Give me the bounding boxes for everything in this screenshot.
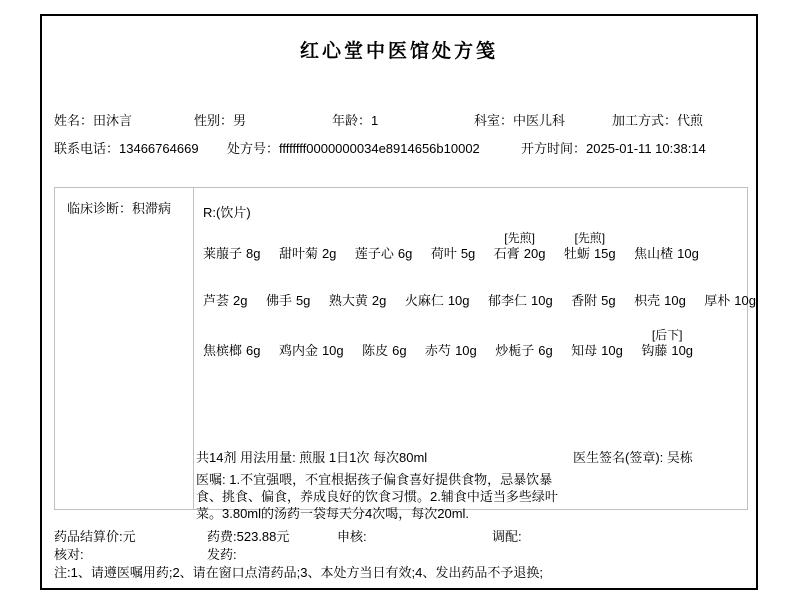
herb-note bbox=[704, 277, 756, 293]
dispense-field: 发药: bbox=[207, 544, 237, 563]
herb-item: 厚朴10g bbox=[704, 277, 756, 309]
medical-advice-line: 食、挑食、偏食，养成良好的饮食习惯。2.辅食中适当多些绿叶 bbox=[196, 488, 582, 505]
herb-name: 焦山楂 bbox=[634, 246, 673, 261]
settlement-price-value: 元 bbox=[123, 529, 136, 544]
herb-name: 甜叶菊 bbox=[279, 246, 318, 261]
herb-name: 枳壳 bbox=[634, 293, 660, 308]
herb-item: [后下]钩藤10g bbox=[641, 327, 693, 359]
patient-gender-value: 男 bbox=[233, 113, 246, 128]
herb-item: 芦荟2g bbox=[203, 277, 247, 309]
footer-note: 注:1、请遵医嘱用药;2、请在窗口点清药品;3、本处方当日有效;4、发出药品不予… bbox=[54, 562, 543, 581]
herb-note bbox=[203, 230, 260, 246]
herb-qty: 10g bbox=[734, 293, 756, 308]
herb-name: 芦荟 bbox=[203, 293, 229, 308]
herb-note bbox=[266, 277, 310, 293]
herb-note bbox=[279, 327, 344, 343]
herb-item: 陈皮6g bbox=[362, 327, 406, 359]
page-title: 红心堂中医馆处方笺 bbox=[42, 36, 756, 63]
herb-name: 莲子心 bbox=[355, 246, 394, 261]
herb-qty: 6g bbox=[538, 343, 552, 358]
herb-qty: 6g bbox=[246, 343, 260, 358]
herb-item: [先煎]石膏20g bbox=[494, 230, 546, 262]
processing-method-value: 代煎 bbox=[677, 113, 703, 128]
herb-item: 鸡内金10g bbox=[279, 327, 344, 359]
issue-time: 开方时间：2025-01-11 10:38:14 bbox=[521, 138, 706, 157]
herb-item: [先煎]牡蛎15g bbox=[564, 230, 616, 262]
check-field: 核对: bbox=[54, 544, 84, 563]
herb-note bbox=[362, 327, 406, 343]
herb-item: 甜叶菊2g bbox=[279, 230, 336, 262]
herb-note bbox=[571, 327, 623, 343]
patient-name-label: 姓名： bbox=[54, 113, 93, 128]
herb-note bbox=[203, 327, 260, 343]
herb-item: 知母10g bbox=[571, 327, 623, 359]
patient-name: 姓名：田沐言 bbox=[54, 110, 132, 129]
herb-name: 佛手 bbox=[266, 293, 292, 308]
herb-name: 荷叶 bbox=[431, 246, 457, 261]
patient-gender-label: 性别： bbox=[194, 113, 233, 128]
herb-item: 莱菔子8g bbox=[203, 230, 260, 262]
herb-name: 火麻仁 bbox=[405, 293, 444, 308]
rx-number-label: 处方号： bbox=[227, 141, 279, 156]
herb-qty: 2g bbox=[372, 293, 386, 308]
issue-time-value: 2025-01-11 10:38:14 bbox=[586, 141, 706, 156]
herb-item: 莲子心6g bbox=[355, 230, 412, 262]
herb-qty: 2g bbox=[322, 246, 336, 261]
herb-decoct-later-note: [后下] bbox=[641, 327, 693, 343]
herb-qty: 2g bbox=[233, 293, 247, 308]
herb-note bbox=[431, 230, 475, 246]
doctor-signature-value: 吴栋 bbox=[667, 450, 693, 465]
patient-phone: 联系电话：13466764669 bbox=[54, 138, 199, 157]
patient-department-label: 科室： bbox=[474, 113, 513, 128]
patient-phone-value: 13466764669 bbox=[119, 141, 199, 156]
herb-name: 炒栀子 bbox=[495, 343, 534, 358]
herb-qty: 5g bbox=[296, 293, 310, 308]
herb-item: 枳壳10g bbox=[634, 277, 686, 309]
herb-name: 钩藤 bbox=[641, 343, 667, 358]
herb-row-3: 焦槟榔6g 鸡内金10g 陈皮6g 赤芍10g 炒栀子6g 知母10g [后下]… bbox=[203, 327, 707, 359]
patient-gender: 性别：男 bbox=[194, 110, 246, 129]
herb-item: 熟大黄2g bbox=[329, 277, 386, 309]
prescription-box: 临床诊断：积滞病 R:(饮片) 莱菔子8g 甜叶菊2g 莲子心6g 荷叶5g [… bbox=[54, 187, 748, 510]
prescription-page: { "title": "红心堂中医馆处方笺", "patient": { "na… bbox=[0, 0, 800, 600]
herb-row-2: 芦荟2g 佛手5g 熟大黄2g 火麻仁10g 郁李仁10g 香附5g 枳壳10g… bbox=[203, 277, 770, 309]
herb-item: 炒栀子6g bbox=[495, 327, 552, 359]
herb-name: 赤芍 bbox=[425, 343, 451, 358]
herb-note bbox=[488, 277, 553, 293]
herb-item: 香附5g bbox=[571, 277, 615, 309]
herb-item: 郁李仁10g bbox=[488, 277, 553, 309]
patient-department: 科室：中医儿科 bbox=[474, 110, 565, 129]
patient-phone-label: 联系电话： bbox=[54, 141, 119, 156]
herb-note bbox=[405, 277, 470, 293]
herb-note bbox=[571, 277, 615, 293]
blend-field: 调配: bbox=[492, 526, 522, 545]
herb-name: 牡蛎 bbox=[564, 246, 590, 261]
herb-name: 石膏 bbox=[494, 246, 520, 261]
herb-qty: 20g bbox=[524, 246, 546, 261]
patient-age-value: 1 bbox=[371, 113, 378, 128]
herb-row-1: 莱菔子8g 甜叶菊2g 莲子心6g 荷叶5g [先煎]石膏20g [先煎]牡蛎1… bbox=[203, 230, 713, 262]
herb-note bbox=[634, 277, 686, 293]
herb-name: 知母 bbox=[571, 343, 597, 358]
herb-qty: 10g bbox=[664, 293, 686, 308]
medicine-fee-value: 523.88元 bbox=[237, 529, 290, 544]
herb-note bbox=[279, 230, 336, 246]
medical-advice-line: 医嘱: 1.不宜强喂，不宜根据孩子偏食喜好提供食物，忌暴饮暴 bbox=[196, 471, 582, 488]
herb-qty: 10g bbox=[531, 293, 553, 308]
herb-qty: 10g bbox=[455, 343, 477, 358]
doctor-signature-label: 医生签名(签章): bbox=[573, 450, 663, 465]
herb-item: 火麻仁10g bbox=[405, 277, 470, 309]
medicine-fee: 药费:523.88元 bbox=[207, 526, 289, 545]
herb-note bbox=[495, 327, 552, 343]
herb-decoct-first-note: [先煎] bbox=[494, 230, 546, 246]
clinical-diagnosis-value: 积滞病 bbox=[132, 201, 171, 216]
herb-qty: 10g bbox=[448, 293, 470, 308]
dosage-line: 共14剂 用法用量: 煎服 1日1次 每次80ml bbox=[196, 447, 427, 466]
doctor-signature: 医生签名(签章): 吴栋 bbox=[573, 447, 693, 466]
herb-qty: 15g bbox=[594, 246, 616, 261]
herb-name: 厚朴 bbox=[704, 293, 730, 308]
patient-name-value: 田沐言 bbox=[93, 113, 132, 128]
patient-department-value: 中医儿科 bbox=[513, 113, 565, 128]
herb-item: 焦槟榔6g bbox=[203, 327, 260, 359]
herb-qty: 10g bbox=[601, 343, 623, 358]
herb-name: 鸡内金 bbox=[279, 343, 318, 358]
settlement-price-label: 药品结算价: bbox=[54, 529, 123, 544]
herb-note bbox=[425, 327, 477, 343]
herb-qty: 6g bbox=[392, 343, 406, 358]
patient-age: 年龄：1 bbox=[332, 110, 378, 129]
medical-advice: 医嘱: 1.不宜强喂，不宜根据孩子偏食喜好提供食物，忌暴饮暴 食、挑食、偏食，养… bbox=[196, 471, 582, 522]
medicine-fee-label: 药费: bbox=[207, 529, 237, 544]
herb-name: 郁李仁 bbox=[488, 293, 527, 308]
herb-note bbox=[329, 277, 386, 293]
herb-item: 佛手5g bbox=[266, 277, 310, 309]
herb-name: 陈皮 bbox=[362, 343, 388, 358]
clinical-diagnosis-label: 临床诊断： bbox=[67, 201, 132, 216]
rx-number: 处方号：ffffffff0000000034e8914656b10002 bbox=[227, 138, 480, 157]
clinical-diagnosis: 临床诊断：积滞病 bbox=[67, 198, 171, 217]
settlement-price: 药品结算价:元 bbox=[54, 526, 136, 545]
processing-method: 加工方式：代煎 bbox=[612, 110, 703, 129]
herb-item: 赤芍10g bbox=[425, 327, 477, 359]
rx-number-value: ffffffff0000000034e8914656b10002 bbox=[279, 141, 480, 156]
review-field: 申核: bbox=[337, 526, 367, 545]
herb-name: 香附 bbox=[571, 293, 597, 308]
herb-qty: 10g bbox=[671, 343, 693, 358]
rx-header: R:(饮片) bbox=[203, 202, 251, 221]
patient-age-label: 年龄： bbox=[332, 113, 371, 128]
prescription-sheet: 红心堂中医馆处方笺 姓名：田沐言 性别：男 年龄：1 科室：中医儿科 加工方式：… bbox=[40, 14, 758, 590]
herb-note bbox=[634, 230, 699, 246]
herb-name: 焦槟榔 bbox=[203, 343, 242, 358]
herb-qty: 10g bbox=[322, 343, 344, 358]
herb-qty: 5g bbox=[461, 246, 475, 261]
herb-note bbox=[355, 230, 412, 246]
herb-note bbox=[203, 277, 247, 293]
herb-decoct-first-note: [先煎] bbox=[564, 230, 616, 246]
herb-item: 荷叶5g bbox=[431, 230, 475, 262]
herb-qty: 8g bbox=[246, 246, 260, 261]
herb-qty: 5g bbox=[601, 293, 615, 308]
processing-method-label: 加工方式： bbox=[612, 113, 677, 128]
herb-name: 熟大黄 bbox=[329, 293, 368, 308]
medical-advice-line: 菜。3.80ml的汤药一袋每天分4次喝，每次20ml. bbox=[196, 505, 582, 522]
herb-item: 焦山楂10g bbox=[634, 230, 699, 262]
herb-qty: 6g bbox=[398, 246, 412, 261]
issue-time-label: 开方时间： bbox=[521, 141, 586, 156]
herb-name: 莱菔子 bbox=[203, 246, 242, 261]
diagnosis-divider bbox=[193, 188, 194, 509]
herb-qty: 10g bbox=[677, 246, 699, 261]
